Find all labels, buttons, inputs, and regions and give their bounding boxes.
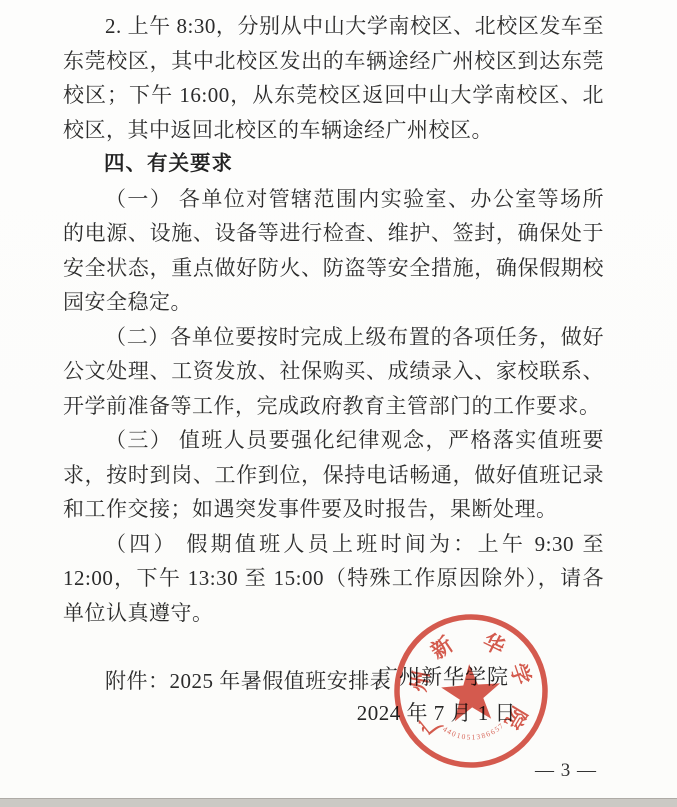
requirement-item-2: （二）各单位要按时完成上级布置的各项任务，做好公文处理、工资发放、社保购买、成绩… <box>63 320 604 424</box>
svg-text:新: 新 <box>427 632 458 664</box>
svg-text:州: 州 <box>406 668 434 693</box>
requirement-item-3: （三） 值班人员要强化纪律观念，严格落实值班要求，按时到岗、工作到位，保持电话畅… <box>63 423 604 527</box>
scanned-document-page: 2. 上午 8:30，分别从中山大学南校区、北校区发车至东莞校区，其中北校区发出… <box>0 0 677 807</box>
svg-text:广: 广 <box>415 708 447 739</box>
seal-star-icon <box>440 662 503 722</box>
svg-text:华: 华 <box>479 629 508 660</box>
section-heading: 四、有关要求 <box>63 147 604 182</box>
requirement-item-1: （一） 各单位对管辖范围内实验室、办公室等场所的电源、设施、设备等进行检查、维护… <box>63 182 604 320</box>
paragraph-bus-schedule: 2. 上午 8:30，分别从中山大学南校区、北校区发车至东莞校区，其中北校区发出… <box>63 9 604 147</box>
document-body: 2. 上午 8:30，分别从中山大学南校区、北校区发车至东莞校区，其中北校区发出… <box>63 9 604 699</box>
seal-serial-number: 4401051386657 <box>441 720 508 744</box>
svg-text:学: 学 <box>505 660 535 688</box>
official-seal-stamp-icon: 广 州 新 华 学 院 4401051386657 <box>386 606 557 777</box>
scan-bottom-edge <box>0 798 677 807</box>
